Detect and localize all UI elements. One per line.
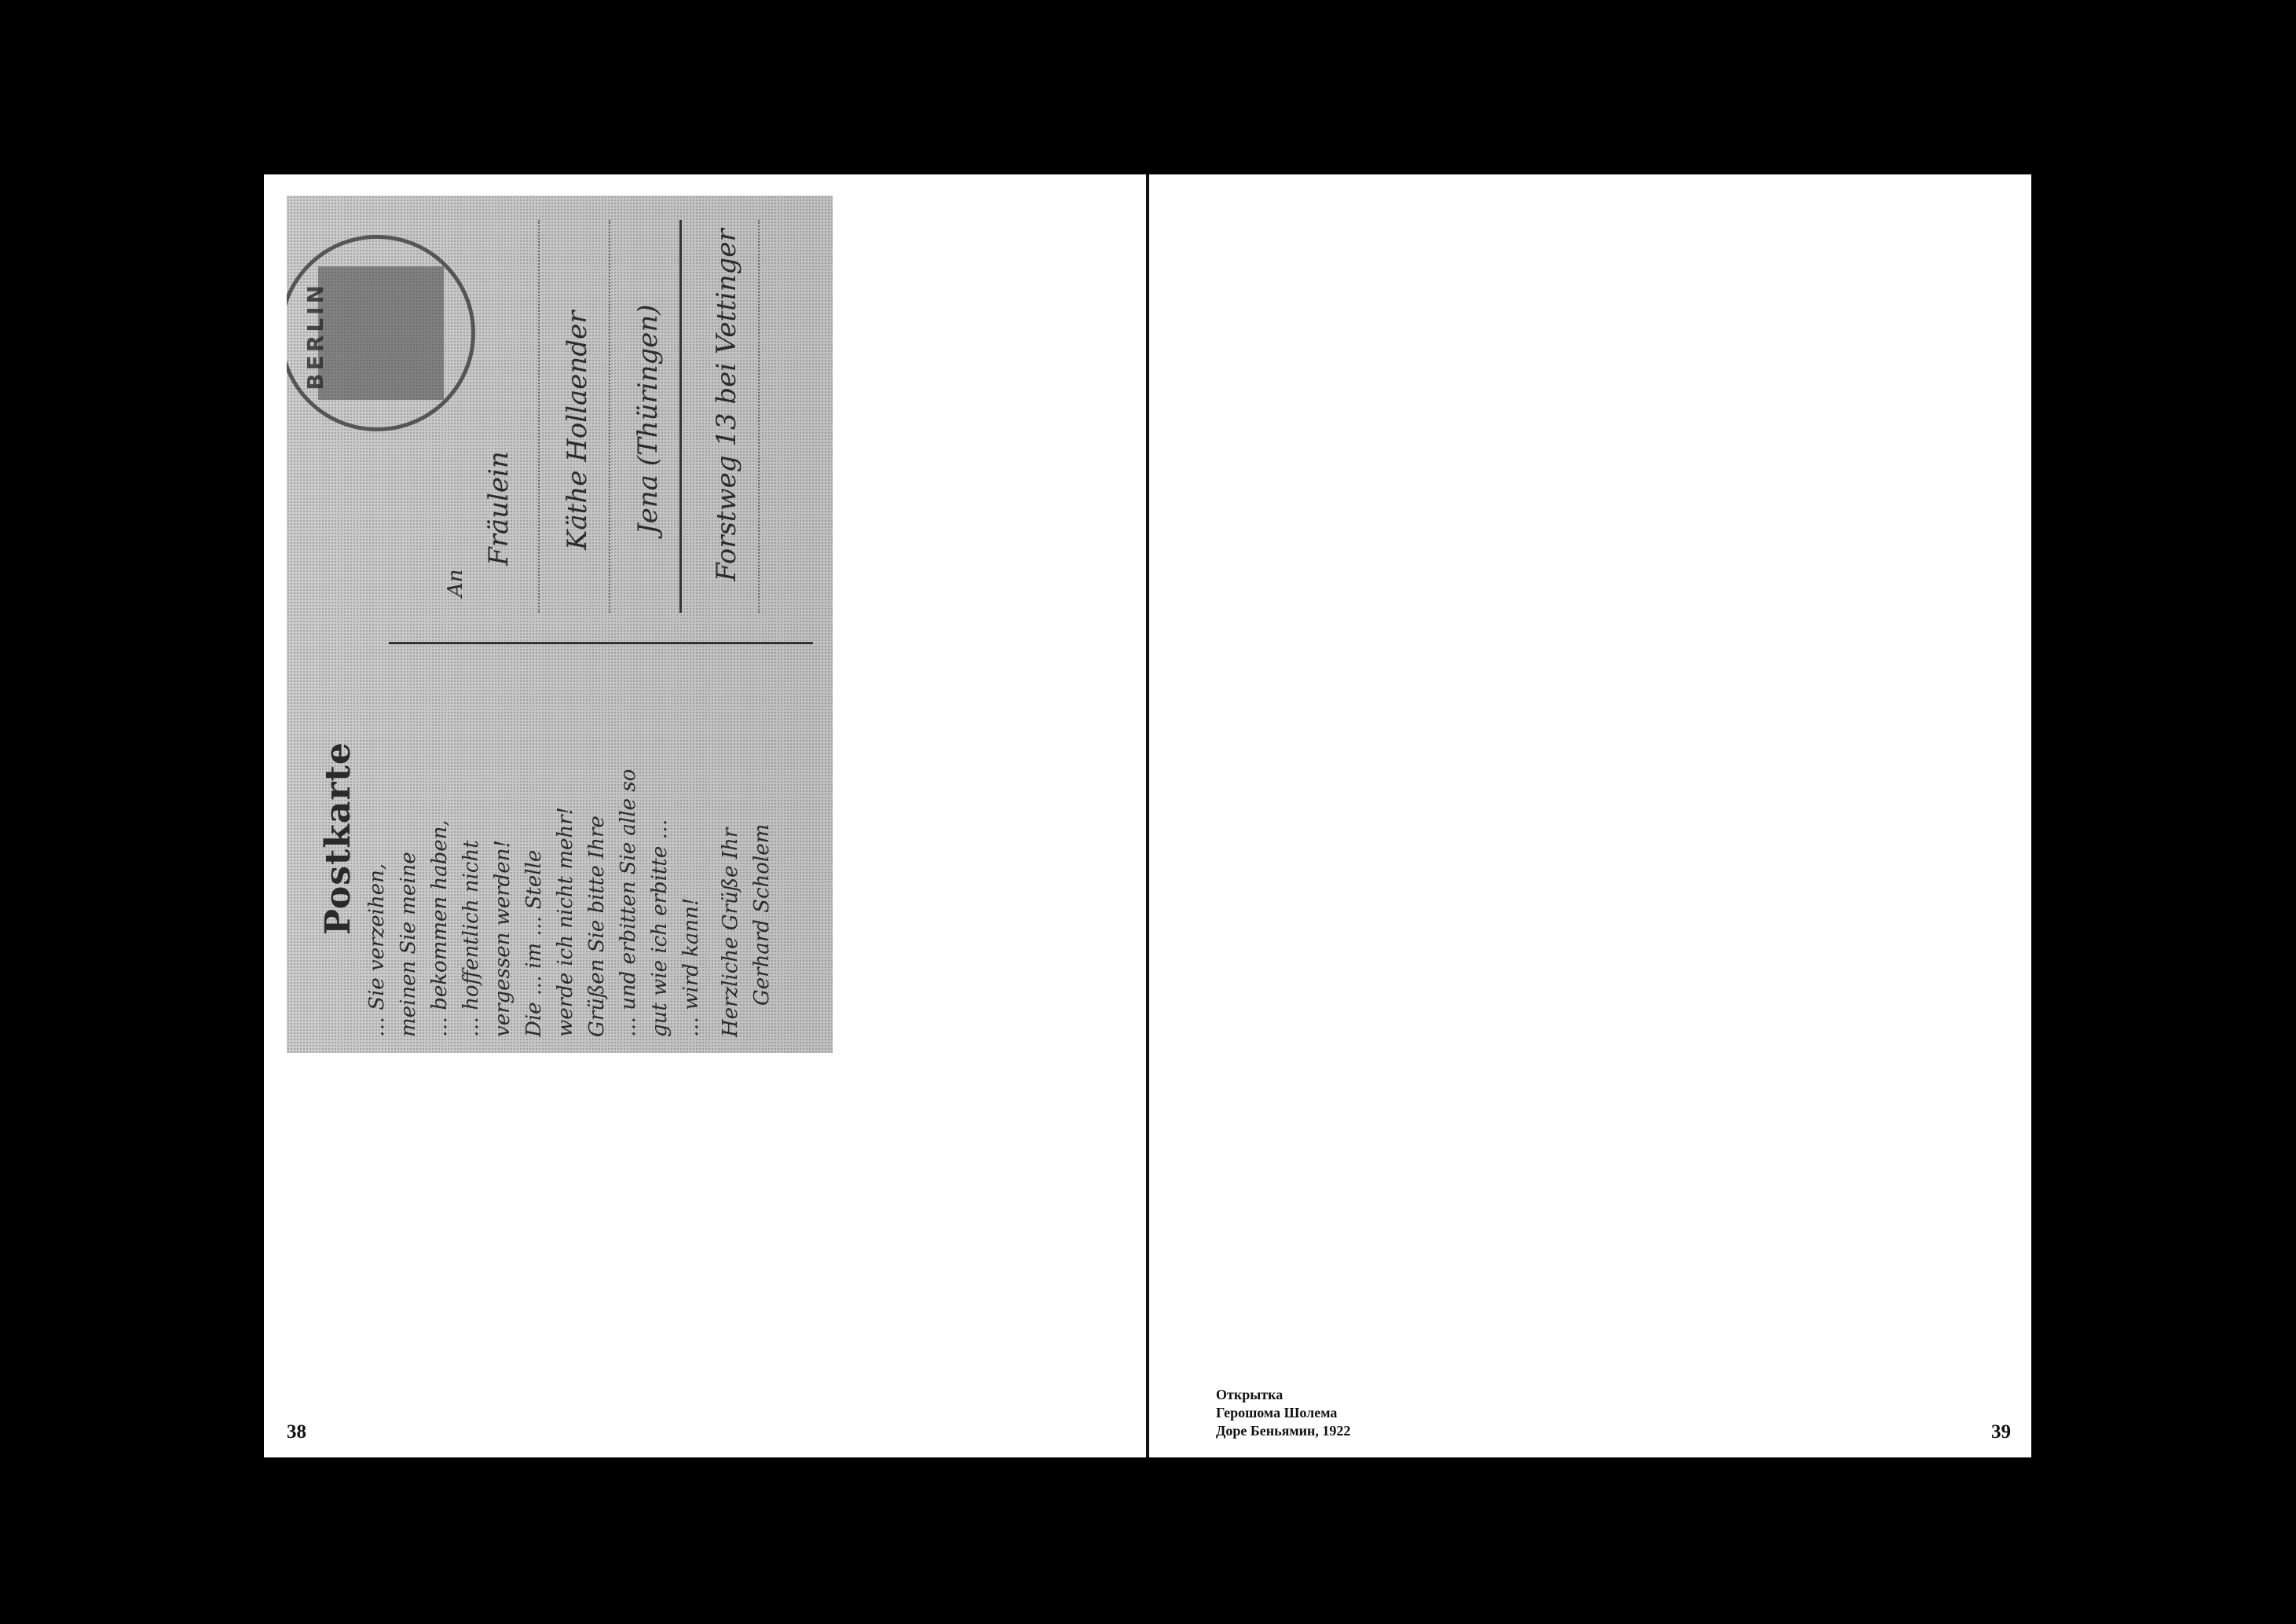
postcard: BERLIN Postkarte … Sie verzeihen, meinen… bbox=[287, 196, 833, 1053]
message-line: … und erbitten Sie alle so bbox=[617, 769, 640, 1037]
address-line: Jena (Thüringen) bbox=[632, 304, 664, 534]
message-line: … Sie verzeihen, bbox=[365, 863, 389, 1037]
message-line: meinen Sie meine bbox=[397, 852, 420, 1037]
figure-caption: Открытка Герошома Шолема Доре Беньямин, … bbox=[1216, 1386, 1350, 1440]
address-line: Forstweg 13 bei Vettinger bbox=[711, 229, 742, 581]
postcard-divider bbox=[389, 642, 813, 644]
caption-line-1: Открытка bbox=[1216, 1386, 1350, 1404]
address-line: An bbox=[444, 569, 467, 597]
postmark-text: BERLIN bbox=[302, 282, 328, 390]
left-page: BERLIN Postkarte … Sie verzeihen, meinen… bbox=[264, 174, 1146, 1457]
postcard-title: Postkarte bbox=[318, 742, 358, 935]
message-signature: Gerhard Scholem bbox=[750, 824, 774, 1006]
address-rule-solid bbox=[679, 220, 682, 613]
message-line: Herzliche Grüße Ihr bbox=[719, 828, 742, 1037]
caption-line-2: Герошома Шолема bbox=[1216, 1404, 1350, 1422]
message-line: vergessen werden! bbox=[491, 840, 514, 1037]
message-line: Grüßen Sie bitte Ihre bbox=[585, 816, 609, 1037]
message-line: werde ich nicht mehr! bbox=[554, 807, 577, 1037]
message-line: … wird kann! bbox=[679, 898, 703, 1037]
book-spread: BERLIN Postkarte … Sie verzeihen, meinen… bbox=[264, 174, 2031, 1457]
address-line: Käthe Hollaender bbox=[562, 311, 593, 550]
stamp: BERLIN bbox=[295, 219, 452, 361]
address-rule bbox=[538, 220, 540, 613]
page-number-left: 38 bbox=[287, 1422, 306, 1442]
address-rule bbox=[609, 220, 610, 613]
message-line: Die … im … Stelle bbox=[522, 850, 546, 1037]
right-page: Открытка Герошома Шолема Доре Беньямин, … bbox=[1149, 174, 2031, 1457]
address-line: Fräulein bbox=[483, 451, 514, 566]
page-number-right: 39 bbox=[1991, 1422, 2011, 1442]
message-line: … hoffentlich nicht bbox=[460, 840, 483, 1037]
postcard-photo: BERLIN Postkarte … Sie verzeihen, meinen… bbox=[287, 196, 833, 1053]
message-line: gut wie ich erbitte … bbox=[648, 819, 672, 1037]
message-line: … bekommen haben, bbox=[428, 819, 452, 1037]
address-rule bbox=[758, 220, 760, 613]
caption-line-3: Доре Беньямин, 1922 bbox=[1216, 1422, 1350, 1440]
